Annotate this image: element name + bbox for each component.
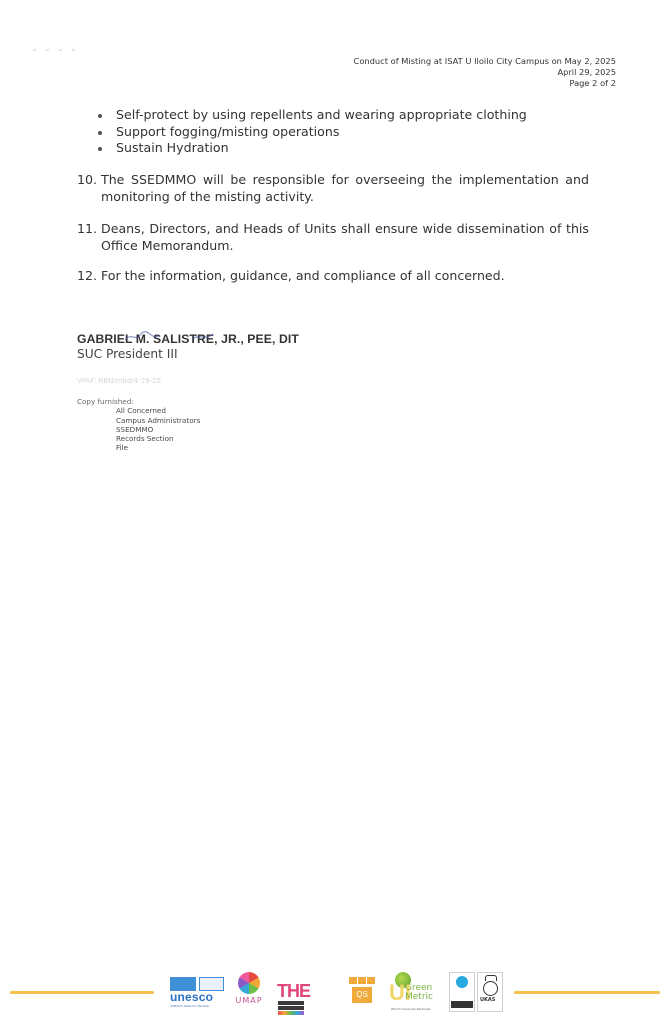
greenmetric-subtitle: World University Rankings [391,1007,430,1011]
signatory-name: GABRIEL M. SALISTRE, JR., PEE, DIT [77,332,299,346]
iso-certification-logo: UKAS [449,972,503,1012]
bullet-item: Support fogging/misting operations [96,124,527,141]
the-impact-rankings-logo: THE [277,982,327,1002]
item-number: 11. [77,221,101,238]
numbered-item-10: 10. The SSEDMMO will be responsible for … [77,172,589,205]
bullet-item: Sustain Hydration [96,140,527,157]
checkmark-icon [483,981,498,996]
signatory-title: SUC President III [77,347,299,361]
bullet-text: Support fogging/misting operations [116,124,339,139]
greenmetric-wordmark: GreenMetric [405,984,433,1002]
copy-furnished: Copy furnished: All Concerned Campus Adm… [77,397,200,453]
unesco-subtitle: UNESCO Network Member [170,1004,224,1008]
item-text: Deans, Directors, and Heads of Units sha… [101,221,589,254]
the-wordmark: THE [277,982,310,1000]
reference-initials: VPAF: RBN/mbd/4-29-25 [77,377,161,385]
ui-greenmetric-logo: UI GreenMetric World University Rankings [389,972,443,1016]
unesco-temple-icon [170,977,196,991]
impact-rankings-icon [278,1001,304,1016]
footer-divider-left [10,991,154,994]
iso-9001-badge [449,972,475,1012]
copy-furnished-list: All Concerned Campus Administrators SSED… [116,406,200,452]
unesco-wordmark: unesco [170,991,224,1004]
umap-logo: UMAP [234,972,264,1016]
recipient: All Concerned [116,406,200,415]
footer-divider-right [514,991,660,994]
recipient: Campus Administrators [116,416,200,425]
bullet-text: Sustain Hydration [116,140,229,155]
star-rating-icon [348,977,376,984]
item-text: The SSEDMMO will be responsible for over… [101,172,589,205]
item-text: For the information, guidance, and compl… [101,268,589,285]
scan-artifact [28,38,88,56]
umap-wordmark: UMAP [234,996,264,1005]
bullet-icon [98,131,102,135]
page-number: Page 2 of 2 [354,78,616,89]
memo-date: April 29, 2025 [354,67,616,78]
recipient: File [116,443,200,452]
unesco-network-icon [199,977,225,991]
ukas-badge: UKAS [477,972,503,1012]
numbered-item-11: 11. Deans, Directors, and Heads of Units… [77,221,589,254]
bullet-list: Self-protect by using repellents and wea… [96,107,527,157]
signature-block: GABRIEL M. SALISTRE, JR., PEE, DIT SUC P… [77,332,299,361]
numbered-item-12: 12. For the information, guidance, and c… [77,268,589,285]
item-number: 12. [77,268,101,285]
ukas-wordmark: UKAS [480,997,495,1003]
bullet-item: Self-protect by using repellents and wea… [96,107,527,124]
recipient: SSEDMMO [116,425,200,434]
bullet-text: Self-protect by using repellents and wea… [116,107,527,122]
recipient: Records Section [116,434,200,443]
nqa-circle-icon [456,976,468,988]
memo-subject: Conduct of Misting at ISAT U Iloilo City… [354,56,616,67]
page-header: Conduct of Misting at ISAT U Iloilo City… [354,56,616,89]
qs-stars-logo: QS [348,972,376,1016]
unesco-logo: unesco UNESCO Network Member [170,977,224,1013]
item-number: 10. [77,172,101,189]
qs-wordmark: QS [352,987,372,1003]
iso-label-bar [451,1001,473,1008]
bullet-icon [98,114,102,118]
bullet-icon [98,147,102,151]
umap-flower-icon [238,972,260,994]
copy-furnished-label: Copy furnished: [77,397,200,406]
signature-scribble-icon [123,330,233,344]
